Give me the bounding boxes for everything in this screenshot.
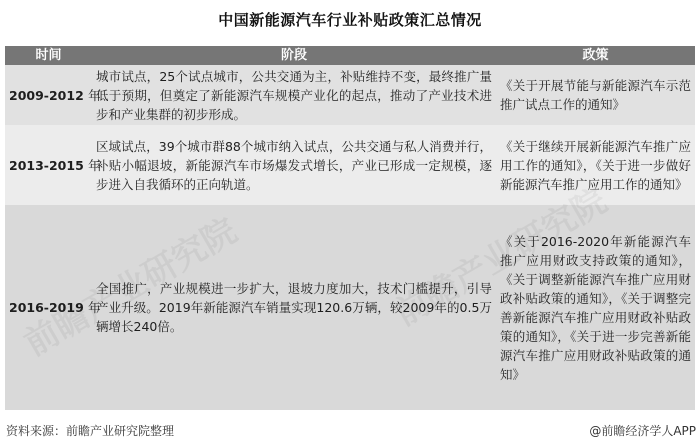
table-header-row: 时间 阶段 政策 <box>5 46 695 65</box>
column-header-time: 时间 <box>5 46 92 65</box>
policy-cell: 《关于继续开展新能源汽车推广应用工作的通知》，《关于进一步做好新能源汽车推广应用… <box>496 125 695 205</box>
stage-cell: 区域试点，39个城市群88个城市纳入试点，公共交通与私人消费并行，补贴小幅退坡，… <box>92 125 496 205</box>
time-range: 2009-2012 <box>9 88 84 103</box>
table-row: 2009-2012 年 城市试点，25个试点城市，公共交通为主，补贴维持不变，最… <box>5 65 695 125</box>
subsidy-policy-table: 时间 阶段 政策 2009-2012 年 城市试点，25个试点城市，公共交通为主… <box>5 46 695 410</box>
time-cell: 2009-2012 年 <box>5 65 92 125</box>
time-cell: 2016-2019 年 <box>5 205 92 410</box>
stage-cell: 城市试点，25个试点城市，公共交通为主，补贴维持不变，最终推广量低于预期，但奠定… <box>92 65 496 125</box>
credit-label: @前瞻经济学人APP <box>589 422 696 439</box>
table-row: 2016-2019 年 全国推广，产业规模进一步扩大，退坡力度加大，技术门槛提升… <box>5 205 695 410</box>
table-row: 2013-2015 年 区域试点，39个城市群88个城市纳入试点，公共交通与私人… <box>5 125 695 205</box>
page-title: 中国新能源汽车行业补贴政策汇总情况 <box>0 9 700 30</box>
policy-cell: 《关于2016-2020年新能源汽车推广应用财政支持政策的通知》，《关于调整新能… <box>496 205 695 410</box>
column-header-policy: 政策 <box>496 46 695 65</box>
time-range: 2016-2019 <box>9 300 84 315</box>
column-header-stage: 阶段 <box>92 46 496 65</box>
time-range: 2013-2015 <box>9 158 84 173</box>
source-note: 资料来源：前瞻产业研究院整理 <box>6 422 174 439</box>
time-cell: 2013-2015 年 <box>5 125 92 205</box>
stage-cell: 全国推广，产业规模进一步扩大，退坡力度加大，技术门槛提升，引导产业升级。2019… <box>92 205 496 410</box>
policy-cell: 《关于开展节能与新能源汽车示范推广试点工作的通知》 <box>496 65 695 125</box>
